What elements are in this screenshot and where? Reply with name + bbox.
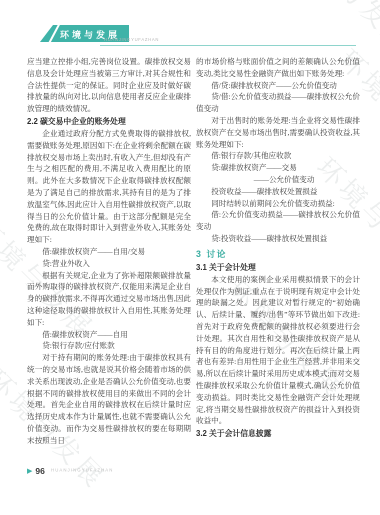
- paragraph: 借/贷:碳排放权资产——公允价值变动: [196, 80, 360, 92]
- paragraph: 对于出售时的账务处理:当企业将交易性碳排放权资产在交易市场出售时,需要确认投资收…: [196, 115, 360, 150]
- section-heading: 3.1 关于会计处理: [196, 261, 360, 274]
- section-heading: 2.2 碳交易中企业的账务处理: [27, 115, 191, 128]
- paragraph: 本文使用的案例企业采用模拟情景下的会计处理仅作为例证,重点在于说明现有规定中会计…: [196, 274, 360, 427]
- watermark-text: 环境与发展: [287, 0, 380, 60]
- paragraph: 对于持有期间的账务处理:由于碳排放权具有统一的交易市场,也就是说其价格会随着市场…: [27, 352, 191, 446]
- paragraph: 贷:营业外收入: [27, 258, 191, 270]
- section-heading: 3.2 关于会计信息披露: [196, 427, 360, 440]
- paragraph: 贷:银行存款/应付账款: [27, 340, 191, 352]
- paragraph: 借:碳排放权资产——自用: [27, 329, 191, 341]
- paragraph: 借:碳排放权资产——自用/交易: [27, 246, 191, 258]
- left-column: 应当建立控排小组,完善岗位设置。碳排放权交易信息及会计处理应当被第三方审计,对其…: [27, 56, 191, 447]
- paragraph: 贷/借:公允价值变动损益——碳排放权公允价值变动: [196, 91, 360, 115]
- journal-name: HUANJINGYUFAZHAN: [51, 469, 113, 473]
- page-number: 96: [35, 466, 44, 476]
- paragraph: 借:银行存款/其他应收款: [196, 150, 360, 162]
- journal-page: 环境与发展 环境与发展 环境与发展 环境与发展 环境与发展 环境与发展 环境与发…: [0, 0, 380, 515]
- page-footer: ▶ 96 HUANJINGYUFAZHAN: [27, 466, 138, 476]
- section-heading: 3 讨论: [196, 247, 360, 261]
- paragraph: 同时结转以前期间公允价值变动损益:: [196, 198, 360, 210]
- right-column: 的市场价格与账面价值之间的差额确认公允价值变动,类比交易性金融资产做出如下账务处…: [196, 56, 360, 440]
- paragraph: 企业通过政府分配方式免费取得的碳排放权,需要做账务处理,原因如下:在企业将剩余配…: [27, 128, 191, 246]
- paragraph: 投资收益——碳排放权处置损益: [196, 186, 360, 198]
- footer-arrow-icon: ▶: [27, 466, 32, 476]
- paragraph: 根据有关规定,企业为了弥补超限额碳排放量而外购取得的碳排放权资产,仅能用来满足企…: [27, 270, 191, 329]
- paragraph: 贷:投资收益——碳排放权处置损益: [196, 233, 360, 245]
- paragraph: 的市场价格与账面价值之间的差额确认公允价值变动,类比交易性金融资产做出如下账务处…: [196, 56, 360, 80]
- paragraph: 借:公允价值变动损益——碳排放权公允价值变动: [196, 209, 360, 233]
- paragraph: 贷:碳排放权资产——交易: [196, 162, 360, 174]
- header-subtext: HUANJINGYUFAZHAN: [104, 38, 159, 42]
- header-rule-divider: [100, 45, 356, 46]
- banner-slash-decoration: [47, 23, 60, 45]
- paragraph: 应当建立控排小组,完善岗位设置。碳排放权交易信息及会计处理应当被第三方审计,对其…: [27, 56, 191, 115]
- paragraph: ——公允价值变动: [196, 174, 360, 186]
